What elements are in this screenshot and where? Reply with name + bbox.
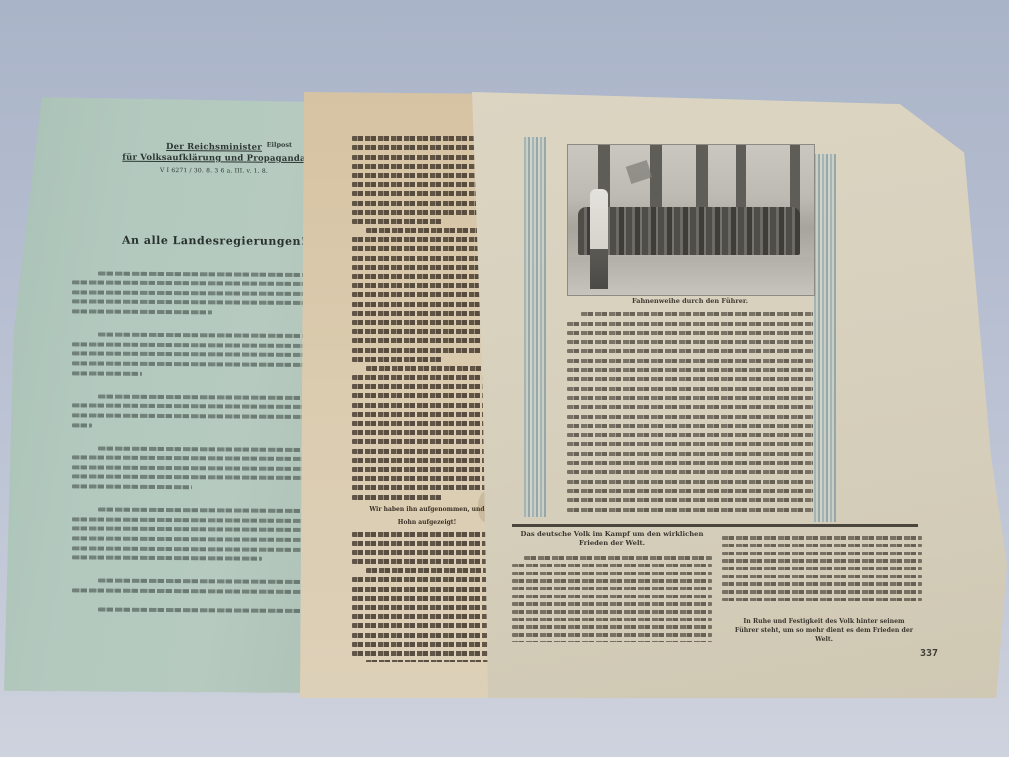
middle-document-page: Wir haben ihn aufgenommen, und Hohn aufg… [300, 92, 500, 698]
article-body [567, 307, 813, 517]
decorative-stripe-right [814, 154, 836, 522]
page-number: 337 [920, 648, 938, 659]
article-column-left [512, 552, 712, 642]
document-title: An alle Landesregierungen! [122, 234, 306, 248]
article-column-right [722, 532, 922, 604]
decorative-stripe-left [524, 137, 546, 517]
section-headline: Das deutsche Volk im Kampf um den wirkli… [512, 530, 712, 548]
left-document-page: Eilpost Der Reichsminister für Volksaufk… [4, 97, 320, 693]
ministry-header: Der Reichsminister für Volksaufklärung u… [104, 142, 320, 178]
quote-line-2: Hohn aufgezeigt! [352, 519, 502, 526]
photo-caption: Fahnenweihe durch den Führer. [567, 297, 813, 305]
section-divider [512, 524, 918, 527]
document-body [72, 265, 320, 619]
right-magazine-page: Fahnenweihe durch den Führer. Das deutsc… [472, 92, 1007, 698]
header-reference: V I 6271 / 30. 8. 3 6 a. III. v. 1. 8. [104, 165, 320, 178]
closing-statement: In Ruhe und Festigkeit des Volk hinter s… [734, 617, 914, 644]
ceremony-photograph [567, 144, 815, 296]
photo-scene: Eilpost Der Reichsminister für Volksaufk… [0, 0, 1009, 757]
header-line-2: für Volksaufklärung und Propaganda [104, 153, 320, 166]
